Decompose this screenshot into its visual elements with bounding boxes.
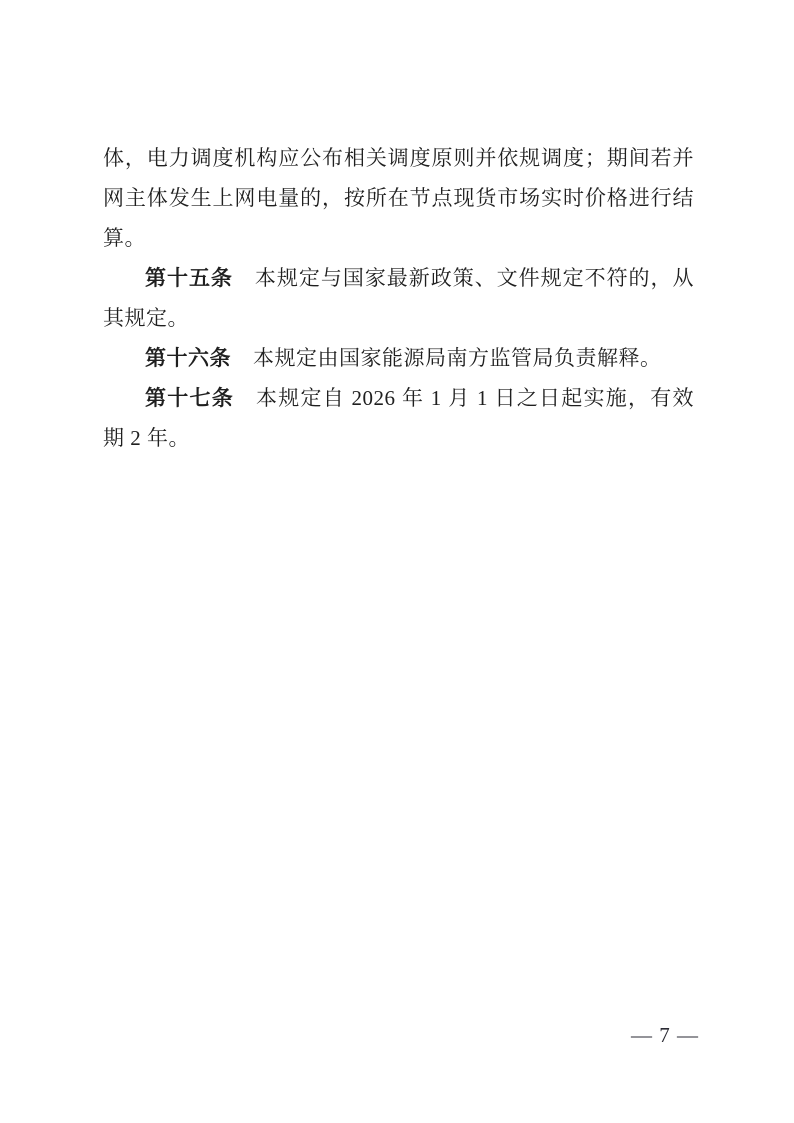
body-text: 体，电力调度机构应公布相关调度原则并依规调度；期间若并网主体发生上网电量的，按所… [103,138,694,458]
article-text: 本规定由国家能源局南方监管局负责解释。 [253,346,662,370]
paragraph-text: 体，电力调度机构应公布相关调度原则并依规调度；期间若并网主体发生上网电量的，按所… [103,146,694,250]
paragraph-article-16: 第十六条本规定由国家能源局南方监管局负责解释。 [103,338,694,378]
paragraph-article-17: 第十七条本规定自 2026 年 1 月 1 日之日起实施，有效期 2 年。 [103,378,694,458]
article-number: 第十六条 [145,346,231,370]
paragraph-article-15: 第十五条本规定与国家最新政策、文件规定不符的，从其规定。 [103,258,694,338]
page-number: — 7 — [631,1022,699,1048]
article-number: 第十五条 [145,266,233,290]
paragraph-continuation: 体，电力调度机构应公布相关调度原则并依规调度；期间若并网主体发生上网电量的，按所… [103,138,694,258]
document-page: 体，电力调度机构应公布相关调度原则并依规调度；期间若并网主体发生上网电量的，按所… [0,0,794,1123]
article-number: 第十七条 [145,386,234,410]
